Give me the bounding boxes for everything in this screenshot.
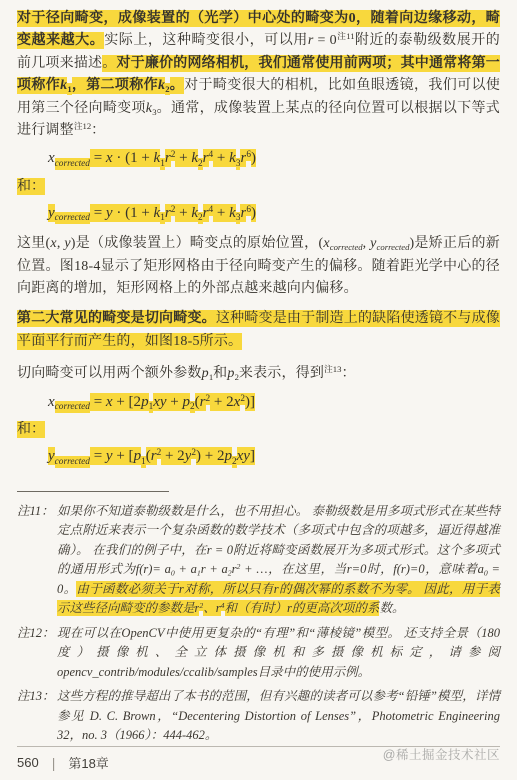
text-segment: , [363,236,370,251]
text-segment: ： [341,366,355,381]
text-segment: ： [91,123,105,138]
text-segment: 目录中的使用示例。 [258,665,371,679]
text-segment: corrected [55,212,90,224]
text-segment: + [175,149,191,167]
text-segment: 2 [165,83,169,95]
paragraph-tangential-intro: 第二大常见的畸变是切向畸变。这种畸变是由于制造上的缺陷使透镜不与成像平面平行而产… [17,308,500,353]
text-segment: p [202,366,209,381]
text-segment: xy [153,393,166,411]
text-segment: 对称，所以只有 [184,581,274,597]
text-segment: 和 [213,366,227,381]
footnote-12: 注12： 现在可以在OpenCV中使用更复杂的“有理”和“薄棱镜”模型。 还支持… [17,624,500,683]
footnote-11: 注11： 如果你不知道泰勒级数是什么，也不用担心。 泰勒级数是用多项式形式在某些… [17,502,500,619]
text-segment: 。 [102,55,116,72]
text-segment: )= [148,562,164,576]
paragraph-tangential-params: 切向畸变可以用两个额外参数p1和p2来表示，得到注13： [17,363,500,385]
text-segment: 的更高次项的系 [292,600,380,616]
text-segment: 2 [198,158,203,170]
footnote-label: 注12： [17,624,57,683]
footer-separator: | [52,755,56,771]
text-segment: p [134,447,142,465]
text-segment: corrected [55,158,90,170]
text-segment: = [90,447,106,465]
text-segment: + …，在这里，当 [240,562,346,576]
text-segment: 由于函数必须关于 [76,581,179,597]
text-segment: 和（有时） [225,600,288,616]
text-segment: )是（成像装置上）畸变点的原始位置，( [71,236,324,251]
text-segment: r [203,204,209,222]
text-segment: 数。 [379,601,404,615]
text-segment: =0时， [352,562,394,576]
text-segment: ( [146,447,151,465]
text-segment: corrected [55,456,90,468]
text-segment: r [165,204,171,222]
page-number: 560 [17,755,39,770]
text-segment: = [90,204,106,222]
text-segment: + [167,393,183,411]
text-segment: xy [237,447,250,465]
text-segment: p [227,366,234,381]
text-segment: r [200,393,206,411]
text-segment: k [191,204,198,222]
footnote-text: 这些方程的推导超出了本书的范围，但有兴趣的读者可以参考“铅锤”模型，详情参见 D… [57,687,500,746]
text-segment: y [106,447,113,465]
text-segment: 实际上，这种畸变很小，可以用 [104,33,308,48]
text-segment: ] [250,447,255,465]
text-segment: r [216,600,221,616]
text-segment: k [191,149,198,167]
footnote-text: 现在可以在OpenCV中使用更复杂的“有理”和“薄棱镜”模型。 还支持全景（18… [57,624,500,683]
text-segment: + [206,562,222,576]
formula-y-corrected-radial: ycorrected = y · (1 + k1r2 + k2r4 + k3r6… [48,203,500,225]
formula-x-corrected-radial: xcorrected = x · (1 + k1r2 + k2r4 + k3r6… [48,148,500,170]
text-segment: 这里( [17,236,50,251]
footnote-13: 注13： 这些方程的推导超出了本书的范围，但有兴趣的读者可以参考“铅锤”模型，详… [17,687,500,746]
footnote-divider [17,491,169,492]
text-segment: corrected [55,401,90,413]
text-segment: 和： [17,178,45,195]
text-segment: r [165,149,171,167]
text-segment: 和： [17,421,45,438]
text-segment: = [90,393,106,411]
text-segment: x [48,150,55,166]
text-segment: 注13 [324,364,341,374]
footnote-label: 注11： [17,502,57,619]
text-segment: x [106,393,113,411]
text-segment: + [175,562,191,576]
text-segment: x [106,149,113,167]
footnotes-section: 注11： 如果你不知道泰勒级数是什么，也不用担心。 泰勒级数是用多项式形式在某些… [17,502,500,746]
text-segment: 2 [232,456,237,468]
text-segment: p [183,393,191,411]
text-segment: 这些方程的推导超出了本书的范围，但有兴趣的读者可以参考“铅锤”模型，详情参见 D… [57,689,500,742]
book-page: 对于径向畸变，成像装置的（光学）中心处的畸变为0，随着向边缘移动，畸变越来越大。… [0,0,517,780]
text-segment: 1 [67,83,71,95]
text-segment: 来表示，得到 [239,366,324,381]
text-segment: 2 [190,401,195,413]
text-segment: + 2 [161,447,184,465]
text-segment: ) + 2 [196,447,224,465]
watermark: @稀土掘金技术社区 [383,745,500,763]
footnote-label: 注13： [17,687,57,746]
chapter-label: 第18章 [68,753,108,772]
connector-and-1: 和： [17,176,500,198]
formula-x-corrected-tangential: xcorrected = x + [2p1xy + p2(r2 + 2x2)] [48,392,500,414]
text-segment: k [229,204,236,222]
text-segment: 现在可以在OpenCV中使用更复杂的“有理”和“薄棱镜”模型。 还支持全景（18… [57,626,500,660]
text-segment: y [48,204,55,222]
text-segment: 。 [170,77,185,94]
text-segment: x [48,394,55,410]
text-segment: + [2 [113,393,141,411]
text-segment: 2 [198,212,203,224]
text-segment: opencv_contrib/modules/ccalib/samples [57,665,258,679]
text-segment: ) [251,204,256,222]
text-segment: + [213,204,229,222]
text-segment: · (1 + [113,204,154,222]
text-segment: ，第二项称作 [72,77,158,94]
paragraph-grid-shift: 这里(x, y)是（成像装置上）畸变点的原始位置，(xcorrected, yc… [17,233,500,300]
text-segment: + [ [113,447,134,465]
text-segment: + [175,204,191,222]
formula-y-corrected-tangential: ycorrected = y + [p1(r2 + 2y2) + 2p2xy] [48,446,500,468]
text-segment: )=0，意味着 [406,562,478,576]
text-segment: 注12 [74,121,91,131]
paragraph-radial-distortion: 对于径向畸变，成像装置的（光学）中心处的畸变为0，随着向边缘移动，畸变越来越大。… [17,8,500,142]
text-segment: · (1 + [113,149,154,167]
page-footer: 560 | 第18章 [17,753,109,772]
text-segment: ( [195,393,200,411]
text-segment: corrected [377,242,410,252]
text-segment: 、 [203,600,216,616]
text-segment: = [90,149,106,167]
text-segment: k [229,149,236,167]
text-segment: = 0 [313,33,336,48]
text-segment: 注11 [337,32,355,42]
text-segment: 4 [221,600,225,611]
text-segment: p [224,447,232,465]
text-segment: + 2 [210,393,233,411]
text-segment: ) [251,149,256,167]
text-segment: r [203,149,209,167]
text-segment: + [213,149,229,167]
text-segment: 切向畸变可以用两个额外参数 [17,366,202,381]
text-segment: r [274,581,279,597]
text-segment: r [151,447,157,465]
text-segment: corrected [330,242,363,252]
text-segment: y [48,447,55,465]
footnote-text: 如果你不知道泰勒级数是什么，也不用担心。 泰勒级数是用多项式形式在某些特定点附近… [57,502,500,619]
text-segment: p [141,393,149,411]
text-segment: y [106,204,113,222]
connector-and-2: 和： [17,419,500,441]
text-segment: 第二大常见的畸变是切向畸变。 [17,310,216,327]
text-segment: )] [245,393,255,411]
